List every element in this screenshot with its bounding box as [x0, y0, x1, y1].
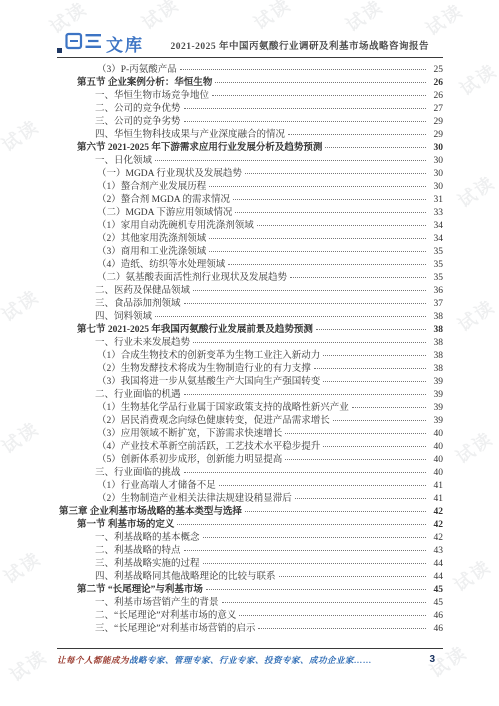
- toc-dot-leader: [228, 264, 426, 265]
- toc-entry-label: 三、行业面临的挑战: [95, 467, 181, 480]
- toc-entry: 一、利基市场营销产生的背景45: [57, 597, 443, 610]
- toc-entry-page: 40: [429, 454, 443, 467]
- toc-entry: （2）螯合剂 MGDA 的需求情况31: [57, 194, 443, 207]
- watermark-stamp: 试读: [448, 553, 496, 597]
- toc-dot-leader: [180, 69, 426, 70]
- toc-entry-page: 38: [429, 311, 443, 324]
- toc-entry-label: （2）生物发酵技术将成为生物制造行业的有力支撑: [97, 363, 311, 376]
- toc-entry-page: 25: [429, 64, 443, 77]
- toc-entry: （3）P-丙氨酸产品25: [57, 64, 443, 77]
- footer-slogan-prefix: 让每个人都能成为: [57, 655, 129, 665]
- toc-entry-page: 30: [429, 155, 443, 168]
- toc-entry-page: 44: [429, 571, 443, 584]
- toc-entry-page: 26: [429, 77, 443, 90]
- toc-entry: （1）生物基化学品行业属于国家政策支持的战略性新兴产业39: [57, 402, 443, 415]
- toc-dot-leader: [177, 524, 426, 525]
- toc-entry-label: 二、利基战略的特点: [95, 545, 181, 558]
- toc-entry-label: 第六节 2021-2025 年下游需求应用行业发展分析及趋势预测: [77, 142, 322, 155]
- toc-dot-leader: [235, 212, 426, 213]
- toc-dot-leader: [239, 615, 426, 616]
- toc-entry-label: （1）生物基化学品行业属于国家政策支持的战略性新兴产业: [97, 402, 349, 415]
- toc-entry: 二、利基战略的特点43: [57, 545, 443, 558]
- toc-entry: （2）生物发酵技术将成为生物制造行业的有力支撑38: [57, 363, 443, 376]
- toc-entry: 四、饲料领域38: [57, 311, 443, 324]
- toc-entry-label: （4）造纸、纺织等水处理领域: [97, 259, 225, 272]
- toc-dot-leader: [285, 459, 426, 460]
- toc-entry-page: 39: [429, 402, 443, 415]
- toc-entry-label: 三、利基战略实施的过程: [95, 558, 200, 571]
- toc-entry-page: 45: [429, 597, 443, 610]
- toc-dot-leader: [352, 407, 426, 408]
- toc-entry: 第七节 2021-2025 年我国丙氨酸行业发展前景及趋势预测38: [57, 324, 443, 337]
- toc-entry-label: 一、利基市场营销产生的背景: [95, 597, 219, 610]
- toc-entry-label: 一、行业未来发展趋势: [95, 337, 190, 350]
- toc-entry-label: （二）氨基酸表面活性剂行业现状及发展趋势: [97, 272, 287, 285]
- toc-entry-label: 第一节 利基市场的定义: [77, 519, 174, 532]
- toc-entry-label: 第七节 2021-2025 年我国丙氨酸行业发展前景及趋势预测: [77, 324, 313, 337]
- toc-entry: 一、利基战略的基本概念42: [57, 532, 443, 545]
- toc-entry-page: 35: [429, 272, 443, 285]
- toc-entry-label: 二、“长尾理论”对利基市场的意义: [95, 610, 236, 623]
- toc-entry-page: 30: [429, 181, 443, 194]
- toc-entry-label: 三、“长尾理论”对利基市场营销的启示: [95, 623, 255, 636]
- toc-dot-leader: [193, 290, 426, 291]
- toc-dot-leader: [323, 446, 426, 447]
- watermark-stamp: 试读: [0, 283, 44, 327]
- toc-entry-label: 第五节 企业案例分析：华恒生物: [77, 77, 212, 90]
- toc-entry: 一、行业未来发展趋势38: [57, 337, 443, 350]
- toc-entry-label: 二、公司的竞争优势: [95, 103, 181, 116]
- toc-entry-page: 39: [429, 376, 443, 389]
- toc-entry-page: 40: [429, 428, 443, 441]
- toc-entry-page: 36: [429, 285, 443, 298]
- toc-entry: 第一节 利基市场的定义42: [57, 519, 443, 532]
- toc-entry-label: 第二节 “长尾理论”与利基市场: [77, 584, 203, 597]
- toc-entry: （4）产业技术革新空前活跃，工艺技术水平稳步提升40: [57, 441, 443, 454]
- toc-dot-leader: [203, 537, 426, 538]
- toc-entry-label: （2）居民消费观念向绿色健康转变，促进产品需求增长: [97, 415, 330, 428]
- toc-entry-page: 46: [429, 610, 443, 623]
- watermark-stamp: 试读: [4, 643, 52, 687]
- toc-entry: 三、行业面临的挑战40: [57, 467, 443, 480]
- toc-dot-leader: [184, 550, 426, 551]
- toc-dot-leader: [155, 160, 426, 161]
- toc-entry-page: 37: [429, 298, 443, 311]
- toc-entry: 一、华恒生物市场竞争地位26: [57, 90, 443, 103]
- toc-dot-leader: [316, 329, 426, 330]
- toc-entry: （5）创新体系初步成形，创新能力明显提高40: [57, 454, 443, 467]
- toc-entry-label: （2）其他家用洗涤剂领域: [97, 233, 206, 246]
- toc-dot-leader: [203, 563, 426, 564]
- toc-entry-page: 42: [429, 532, 443, 545]
- page-number: 3: [429, 654, 435, 665]
- toc-entry: （3）商用和工业洗涤领域35: [57, 246, 443, 259]
- toc-entry-page: 38: [429, 324, 443, 337]
- toc-entry-label: （5）创新体系初步成形，创新能力明显提高: [97, 454, 282, 467]
- toc-entry: 三、“长尾理论”对利基市场营销的启示46: [57, 623, 443, 636]
- wenku-logo-icon: [65, 32, 103, 55]
- toc-entry-page: 45: [429, 584, 443, 597]
- toc-entry: 第五节 企业案例分析：华恒生物26: [57, 77, 443, 90]
- report-title: 2021-2025 年中国丙氨酸行业调研及利基市场战略咨询报告: [170, 38, 429, 56]
- toc-dot-leader: [184, 108, 426, 109]
- toc-entry: 四、利基战略同其他战略理论的比较与联系44: [57, 571, 443, 584]
- toc-entry: 二、医药及保健品领域36: [57, 285, 443, 298]
- toc-dot-leader: [184, 472, 426, 473]
- toc-entry-label: 四、利基战略同其他战略理论的比较与联系: [95, 571, 276, 584]
- toc-dot-leader: [212, 95, 426, 96]
- toc-entry-page: 44: [429, 558, 443, 571]
- toc-dot-leader: [193, 342, 426, 343]
- toc-entry: （2）其他家用洗涤剂领域34: [57, 233, 443, 246]
- toc-dot-leader: [209, 238, 426, 239]
- footer-slogan: 让每个人都能成为战略专家、管理专家、行业专家、投资专家、成功企业家……: [57, 654, 372, 666]
- toc-entry: （3）应用领域不断扩宽，下游需求快速增长40: [57, 428, 443, 441]
- toc-entry-page: 26: [429, 90, 443, 103]
- toc-dot-leader: [215, 82, 426, 83]
- toc-entry: （一）MGDA 行业现状及发展趋势30: [57, 168, 443, 181]
- toc-dot-leader: [233, 199, 426, 200]
- toc-entry-label: （1）家用自动洗碗机专用洗涤剂领域: [97, 220, 254, 233]
- toc-entry-page: 40: [429, 467, 443, 480]
- toc-entry-page: 43: [429, 545, 443, 558]
- toc-entry: 四、华恒生物科技成果与产业深度融合的情况29: [57, 129, 443, 142]
- toc-dot-leader: [222, 602, 426, 603]
- footer-slogan-main: 战略专家、管理专家、行业专家、投资专家、成功企业家……: [129, 655, 372, 665]
- toc-entry-label: （2）螯合剂 MGDA 的需求情况: [97, 194, 230, 207]
- toc-entry-label: 三、食品添加剂领域: [95, 298, 181, 311]
- toc-entry: 三、公司的竞争劣势29: [57, 116, 443, 129]
- toc-dot-leader: [295, 498, 426, 499]
- toc-entry-label: 二、医药及保健品领域: [95, 285, 190, 298]
- toc-entry-label: 第三章 企业利基市场战略的基本类型与选择: [59, 506, 242, 519]
- toc-entry-label: （2）生物制造产业相关法律法规建设稍显滞后: [97, 493, 292, 506]
- footer-divider: [57, 648, 443, 649]
- watermark-stamp: 试读: [0, 545, 46, 589]
- toc-entry-label: （3）商用和工业洗涤领域: [97, 246, 206, 259]
- toc-dot-leader: [279, 576, 426, 577]
- toc-dot-leader: [155, 316, 426, 317]
- toc-entry-page: 42: [429, 506, 443, 519]
- toc-entry: 第二节 “长尾理论”与利基市场45: [57, 584, 443, 597]
- toc-dot-leader: [209, 251, 426, 252]
- toc-entry-page: 40: [429, 441, 443, 454]
- page-footer: 让每个人都能成为战略专家、管理专家、行业专家、投资专家、成功企业家…… 3: [57, 654, 443, 666]
- toc-entry-label: 四、华恒生物科技成果与产业深度融合的情况: [95, 129, 285, 142]
- toc-entry-page: 34: [429, 220, 443, 233]
- toc-entry: 三、食品添加剂领域37: [57, 298, 443, 311]
- toc-entry-page: 30: [429, 142, 443, 155]
- toc-entry: （1）螯合剂产业发展历程30: [57, 181, 443, 194]
- toc-entry: 三、利基战略实施的过程44: [57, 558, 443, 571]
- toc-entry-label: 四、饲料领域: [95, 311, 152, 324]
- toc-dot-leader: [206, 589, 426, 590]
- header-divider: [57, 57, 443, 58]
- toc-dot-leader: [325, 147, 426, 148]
- toc-entry: （二）MGDA 下游应用领域情况33: [57, 207, 443, 220]
- toc-entry-page: 38: [429, 350, 443, 363]
- watermark-stamp: 试读: [454, 57, 499, 101]
- toc-entry-label: 一、利基战略的基本概念: [95, 532, 200, 545]
- toc-entry-page: 33: [429, 207, 443, 220]
- toc-entry: （1）家用自动洗碗机专用洗涤剂领域34: [57, 220, 443, 233]
- toc-dot-leader: [209, 186, 426, 187]
- toc-entry-label: （二）MGDA 下游应用领域情况: [97, 207, 232, 220]
- toc-entry: 二、公司的竞争优势27: [57, 103, 443, 116]
- toc-dot-leader: [288, 134, 426, 135]
- toc-entry-label: （3）P-丙氨酸产品: [97, 64, 177, 77]
- toc-entry: 二、“长尾理论”对利基市场的意义46: [57, 610, 443, 623]
- toc-entry-page: 38: [429, 337, 443, 350]
- toc-entry: 一、日化领域30: [57, 155, 443, 168]
- toc-entry-label: （3）我国将进一步从氨基酸生产大国向生产强国转变: [97, 376, 320, 389]
- toc-entry-page: 29: [429, 116, 443, 129]
- toc-entry-page: 31: [429, 194, 443, 207]
- toc-entry: 二、行业面临的机遇39: [57, 389, 443, 402]
- toc-entry: （二）氨基酸表面活性剂行业现状及发展趋势35: [57, 272, 443, 285]
- page-header: 文库 2021-2025 年中国丙氨酸行业调研及利基市场战略咨询报告: [57, 30, 443, 56]
- toc-entry-page: 39: [429, 415, 443, 428]
- toc-dot-leader: [285, 433, 426, 434]
- toc-entry: 第三章 企业利基市场战略的基本类型与选择42: [57, 506, 443, 519]
- toc-entry-page: 34: [429, 233, 443, 246]
- toc-entry: 第六节 2021-2025 年下游需求应用行业发展分析及趋势预测30: [57, 142, 443, 155]
- toc-entry-page: 29: [429, 129, 443, 142]
- toc-dot-leader: [258, 628, 426, 629]
- toc-dot-leader: [219, 485, 426, 486]
- toc-entry-page: 35: [429, 246, 443, 259]
- toc-entry-page: 42: [429, 519, 443, 532]
- toc-entry: （1）行业高端人才储备不足41: [57, 480, 443, 493]
- toc-entry: （1）合成生物技术的创新变革为生物工业注入新动力38: [57, 350, 443, 363]
- toc-dot-leader: [333, 420, 426, 421]
- watermark-stamp: 试读: [0, 415, 44, 459]
- toc-entry-label: （1）行业高端人才储备不足: [97, 480, 216, 493]
- toc-entry-label: （3）应用领域不断扩宽，下游需求快速增长: [97, 428, 282, 441]
- wenku-logo: 文库: [57, 31, 144, 56]
- toc-entry-label: 二、行业面临的机遇: [95, 389, 181, 402]
- toc-dot-leader: [184, 121, 426, 122]
- toc-entry-label: 一、日化领域: [95, 155, 152, 168]
- watermark-stamp: 试读: [450, 425, 498, 469]
- toc-dot-leader: [184, 303, 426, 304]
- toc-entry-page: 27: [429, 103, 443, 116]
- toc-entry-label: （一）MGDA 行业现状及发展趋势: [97, 168, 242, 181]
- logo-wordmark: 文库: [106, 31, 144, 56]
- toc-entry-label: 一、华恒生物市场竞争地位: [95, 90, 209, 103]
- toc-entry-label: （1）合成生物技术的创新变革为生物工业注入新动力: [97, 350, 320, 363]
- toc-entry-label: （1）螯合剂产业发展历程: [97, 181, 206, 194]
- toc-entry-page: 41: [429, 480, 443, 493]
- watermark-stamp: 试读: [452, 293, 499, 337]
- toc-dot-leader: [245, 511, 426, 512]
- toc-entry: （3）我国将进一步从氨基酸生产大国向生产强国转变39: [57, 376, 443, 389]
- toc-dot-leader: [290, 277, 426, 278]
- toc-dot-leader: [314, 368, 426, 369]
- toc-entry-page: 30: [429, 168, 443, 181]
- watermark-stamp: 试读: [452, 169, 499, 213]
- toc-entry: （2）居民消费观念向绿色健康转变，促进产品需求增长39: [57, 415, 443, 428]
- toc-dot-leader: [323, 355, 426, 356]
- toc-dot-leader: [245, 173, 426, 174]
- toc-entry: （4）造纸、纺织等水处理领域35: [57, 259, 443, 272]
- toc-entry-page: 38: [429, 363, 443, 376]
- toc-entry-page: 41: [429, 493, 443, 506]
- toc-entry: （2）生物制造产业相关法律法规建设稍显滞后41: [57, 493, 443, 506]
- toc-entry-page: 39: [429, 389, 443, 402]
- toc-list: （3）P-丙氨酸产品25第五节 企业案例分析：华恒生物26一、华恒生物市场竞争地…: [57, 64, 443, 636]
- toc-entry-label: （4）产业技术革新空前活跃，工艺技术水平稳步提升: [97, 441, 320, 454]
- toc-entry-page: 35: [429, 259, 443, 272]
- toc-entry-label: 三、公司的竞争劣势: [95, 116, 181, 129]
- toc-dot-leader: [257, 225, 426, 226]
- toc-dot-leader: [184, 394, 426, 395]
- logo-dot-icon: [57, 48, 62, 53]
- toc-entry-page: 46: [429, 623, 443, 636]
- watermark-stamp: 试读: [0, 113, 44, 157]
- toc-dot-leader: [323, 381, 426, 382]
